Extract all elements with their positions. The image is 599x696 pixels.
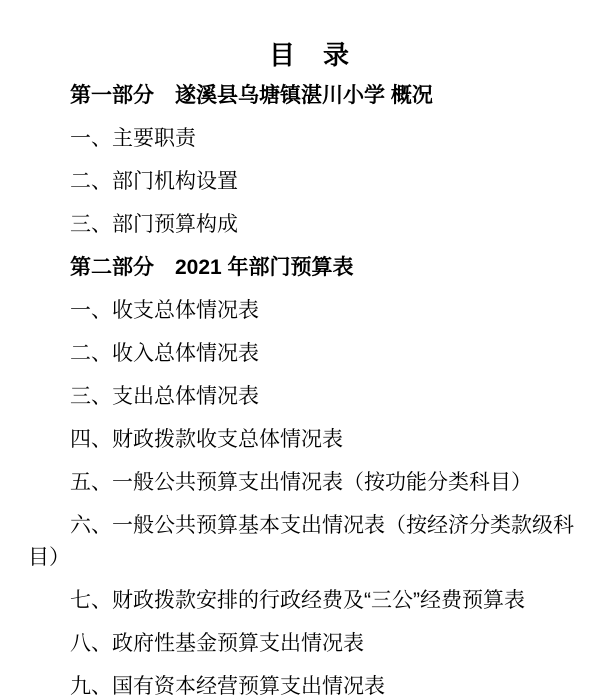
toc-part-heading-1: 第一部分 遂溪县乌塘镇湛川小学 概况 [28, 80, 591, 112]
toc-entry-part2-3: 三、支出总体情况表 [28, 381, 591, 413]
toc-entry-part2-7: 七、财政拨款安排的行政经费及“三公”经费预算表 [28, 585, 591, 617]
toc-entry-part2-5: 五、一般公共预算支出情况表（按功能分类科目） [28, 467, 591, 499]
toc-entry-part2-4: 四、财政拨款收支总体情况表 [28, 424, 591, 456]
document-page: 目 录 第一部分 遂溪县乌塘镇湛川小学 概况 一、主要职责 二、部门机构设置 三… [0, 0, 599, 696]
toc-entry-part2-8: 八、政府性基金预算支出情况表 [28, 628, 591, 660]
toc-entry-part1-1: 一、主要职责 [28, 123, 591, 155]
toc-title: 目 录 [28, 38, 591, 72]
toc-part-heading-2: 第二部分 2021 年部门预算表 [28, 252, 591, 284]
toc-entry-part2-6: 六、一般公共预算基本支出情况表（按经济分类款级科目） [28, 510, 591, 574]
toc-entry-part2-1: 一、收支总体情况表 [28, 295, 591, 327]
toc-entry-part2-9: 九、国有资本经营预算支出情况表 [28, 671, 591, 696]
toc-entry-part1-2: 二、部门机构设置 [28, 166, 591, 198]
toc-entry-part2-2: 二、收入总体情况表 [28, 338, 591, 370]
toc-entry-part1-3: 三、部门预算构成 [28, 209, 591, 241]
